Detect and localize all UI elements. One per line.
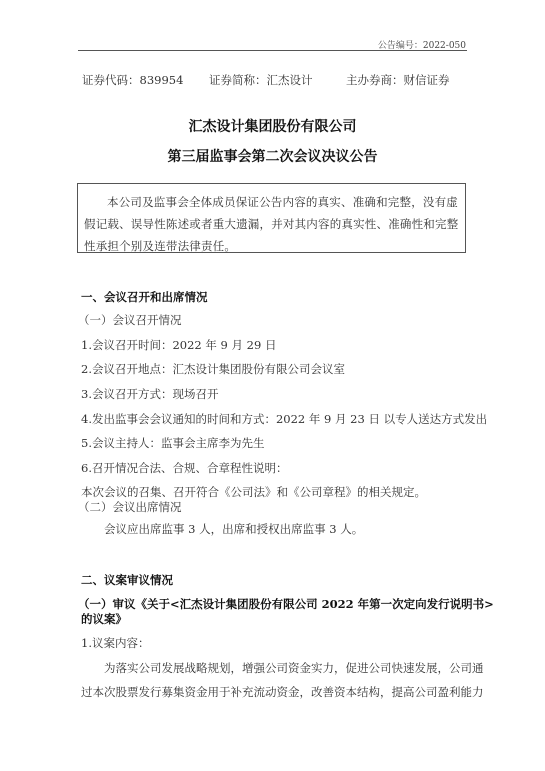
meeting-location: 2.会议召开地点：汇杰设计集团股份有限公司会议室 — [81, 361, 345, 377]
sponsor-broker: 主办券商：财信证券 — [346, 72, 450, 88]
legality-statement: 本次会议的召集、召开符合《公司法》和《公司章程》的相关规定。 — [81, 484, 426, 500]
document-title: 第三届监事会第二次会议决议公告 — [0, 146, 545, 166]
attendance-text: 会议应出席监事 3 人，出席和授权出席监事 3 人。 — [104, 521, 363, 537]
motion1-content-line2: 过本次股票发行募集资金用于补充流动资金，改善资本结构，提高公司盈利能力 — [81, 684, 484, 700]
motion1-heading-line1: （一）审议《关于<汇杰设计集团股份有限公司 2022 年第一次定向发行说明书> — [78, 596, 494, 612]
company-title: 汇杰设计集团股份有限公司 — [0, 116, 545, 136]
security-short-name: 证券简称：汇杰设计 — [209, 72, 313, 88]
security-code: 证券代码：839954 — [82, 72, 183, 88]
meeting-method: 3.会议召开方式：现场召开 — [81, 386, 218, 402]
section1-sub2-heading: （二）会议出席情况 — [78, 499, 182, 515]
section1-sub1-heading: （一）会议召开情况 — [78, 312, 182, 328]
disclaimer-box: 本公司及监事会全体成员保证公告内容的真实、准确和完整，没有虚假记载、误导性陈述或… — [77, 183, 466, 253]
section2-heading: 二、议案审议情况 — [81, 572, 173, 588]
notice-info: 4.发出监事会会议通知的时间和方式：2022 年 9 月 23 日 以专人送达方… — [81, 411, 487, 427]
meeting-time: 1.会议召开时间：2022 年 9 月 29 日 — [81, 337, 276, 353]
legality-label: 6.召开情况合法、合规、合章程性说明： — [81, 460, 287, 476]
header-divider — [78, 50, 467, 51]
motion1-content-label: 1.议案内容： — [81, 635, 149, 651]
disclaimer-text: 本公司及监事会全体成员保证公告内容的真实、准确和完整，没有虚假记载、误导性陈述或… — [84, 191, 459, 257]
motion1-heading-line2: 的议案》 — [81, 611, 127, 627]
meeting-host: 5.会议主持人：监事会主席李为先生 — [81, 435, 264, 451]
motion1-content-line1: 为落实公司发展战略规划，增强公司资金实力，促进公司快速发展，公司通 — [104, 660, 484, 676]
section1-heading: 一、会议召开和出席情况 — [81, 289, 208, 305]
